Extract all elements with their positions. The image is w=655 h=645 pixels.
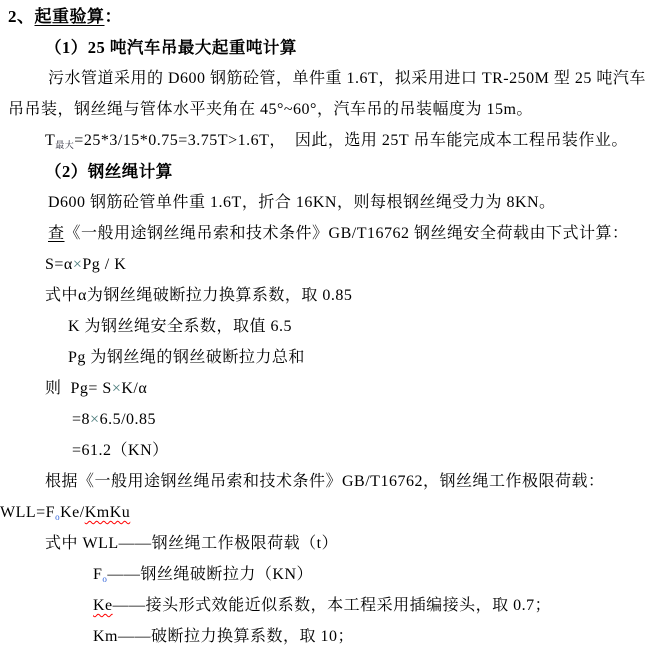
k-note: K 为钢丝绳安全系数，取值 6.5 — [68, 311, 655, 342]
f-symbol: F — [93, 566, 102, 583]
safety-formula-left: S=α — [45, 256, 73, 273]
wll-mid: Ke/ — [60, 504, 85, 521]
t-symbol: T — [45, 132, 55, 149]
document-page: 2、起重验算： （1）25 吨汽车吊最大起重吨计算 污水管道采用的 D600 钢… — [0, 0, 655, 645]
doc-heading-number: 2、 — [8, 7, 35, 26]
doc-heading-title: 起重验算 — [35, 7, 105, 26]
multiply-sign: × — [73, 256, 83, 273]
alpha-note: 式中α为钢丝绳破断拉力换算系数，取 0.85 — [45, 280, 655, 311]
multiply-sign: × — [112, 380, 122, 397]
doc-heading-colon: ： — [105, 7, 123, 26]
section1-paragraph-line1: 污水管道采用的 D600 钢筋砼管，单件重 1.6T，拟采用进口 TR-250M… — [48, 63, 655, 94]
safety-formula: S=α×Pg / K — [45, 249, 655, 280]
reference-lead: 查 — [48, 225, 65, 242]
wll-left: WLL=F — [0, 504, 55, 521]
reference-rest: 《一般用途钢丝绳吊索和技术条件》GB/T16762 钢丝绳安全荷载由下式计算： — [65, 225, 629, 242]
definition-ke: Ke——接头形式效能近似系数，本工程采用插编接头，取 0.7； — [93, 590, 655, 621]
section2-heading: （2）钢丝绳计算 — [45, 156, 655, 187]
section1-heading: （1）25 吨汽车吊最大起重吨计算 — [45, 32, 655, 63]
section2-basis: 根据《一般用途钢丝绳吊索和技术条件》GB/T16762，钢丝绳工作极限荷载： — [45, 466, 655, 497]
section2-intro: D600 钢筋砼管单件重 1.6T，折合 16KN，则每根钢丝绳受力为 8KN。 — [48, 187, 655, 218]
safety-formula-right: Pg / K — [82, 256, 126, 273]
calc-line1: 则 Pg= S×K/α — [45, 373, 655, 404]
section2-reference: 查《一般用途钢丝绳吊索和技术条件》GB/T16762 钢丝绳安全荷载由下式计算： — [48, 218, 655, 249]
wll-flagged-term: KmKu — [85, 504, 131, 521]
wll-formula: WLL=FoKe/KmKu — [0, 497, 655, 528]
definition-f: Fo——钢丝绳破断拉力（KN） — [93, 559, 655, 590]
calc-line3: =61.2（KN） — [72, 435, 655, 466]
ke-symbol: Ke — [93, 597, 113, 614]
t-subscript: 最大 — [55, 140, 74, 150]
t-expression: =25*3/15*0.75=3.75T>1.6T， 因此，选用 25T 吊车能完… — [74, 132, 628, 149]
doc-heading: 2、起重验算： — [8, 1, 655, 32]
calc-line1-right: K/α — [121, 380, 147, 397]
pg-note: Pg 为钢丝绳的钢丝破断拉力总和 — [68, 342, 655, 373]
calc-line1-left: 则 Pg= S — [45, 380, 112, 397]
calc-line2-right: 6.5/0.85 — [100, 411, 156, 428]
calc-line2-left: =8 — [72, 411, 90, 428]
section1-t-formula: T最大=25*3/15*0.75=3.75T>1.6T， 因此，选用 25T 吊… — [45, 125, 655, 156]
definition-km: Km——破断拉力换算系数，取 10； — [93, 621, 655, 645]
section1-paragraph-line2: 吊吊装，钢丝绳与管体水平夹角在 45°~60°，汽车吊的吊装幅度为 15m。 — [8, 94, 655, 125]
calc-line2: =8×6.5/0.85 — [72, 404, 655, 435]
ke-text: ——接头形式效能近似系数，本工程采用插编接头，取 0.7； — [113, 597, 552, 614]
definitions-intro: 式中 WLL——钢丝绳工作极限荷载（t） — [45, 528, 655, 559]
multiply-sign: × — [90, 411, 100, 428]
f-text: ——钢丝绳破断拉力（KN） — [107, 566, 313, 583]
